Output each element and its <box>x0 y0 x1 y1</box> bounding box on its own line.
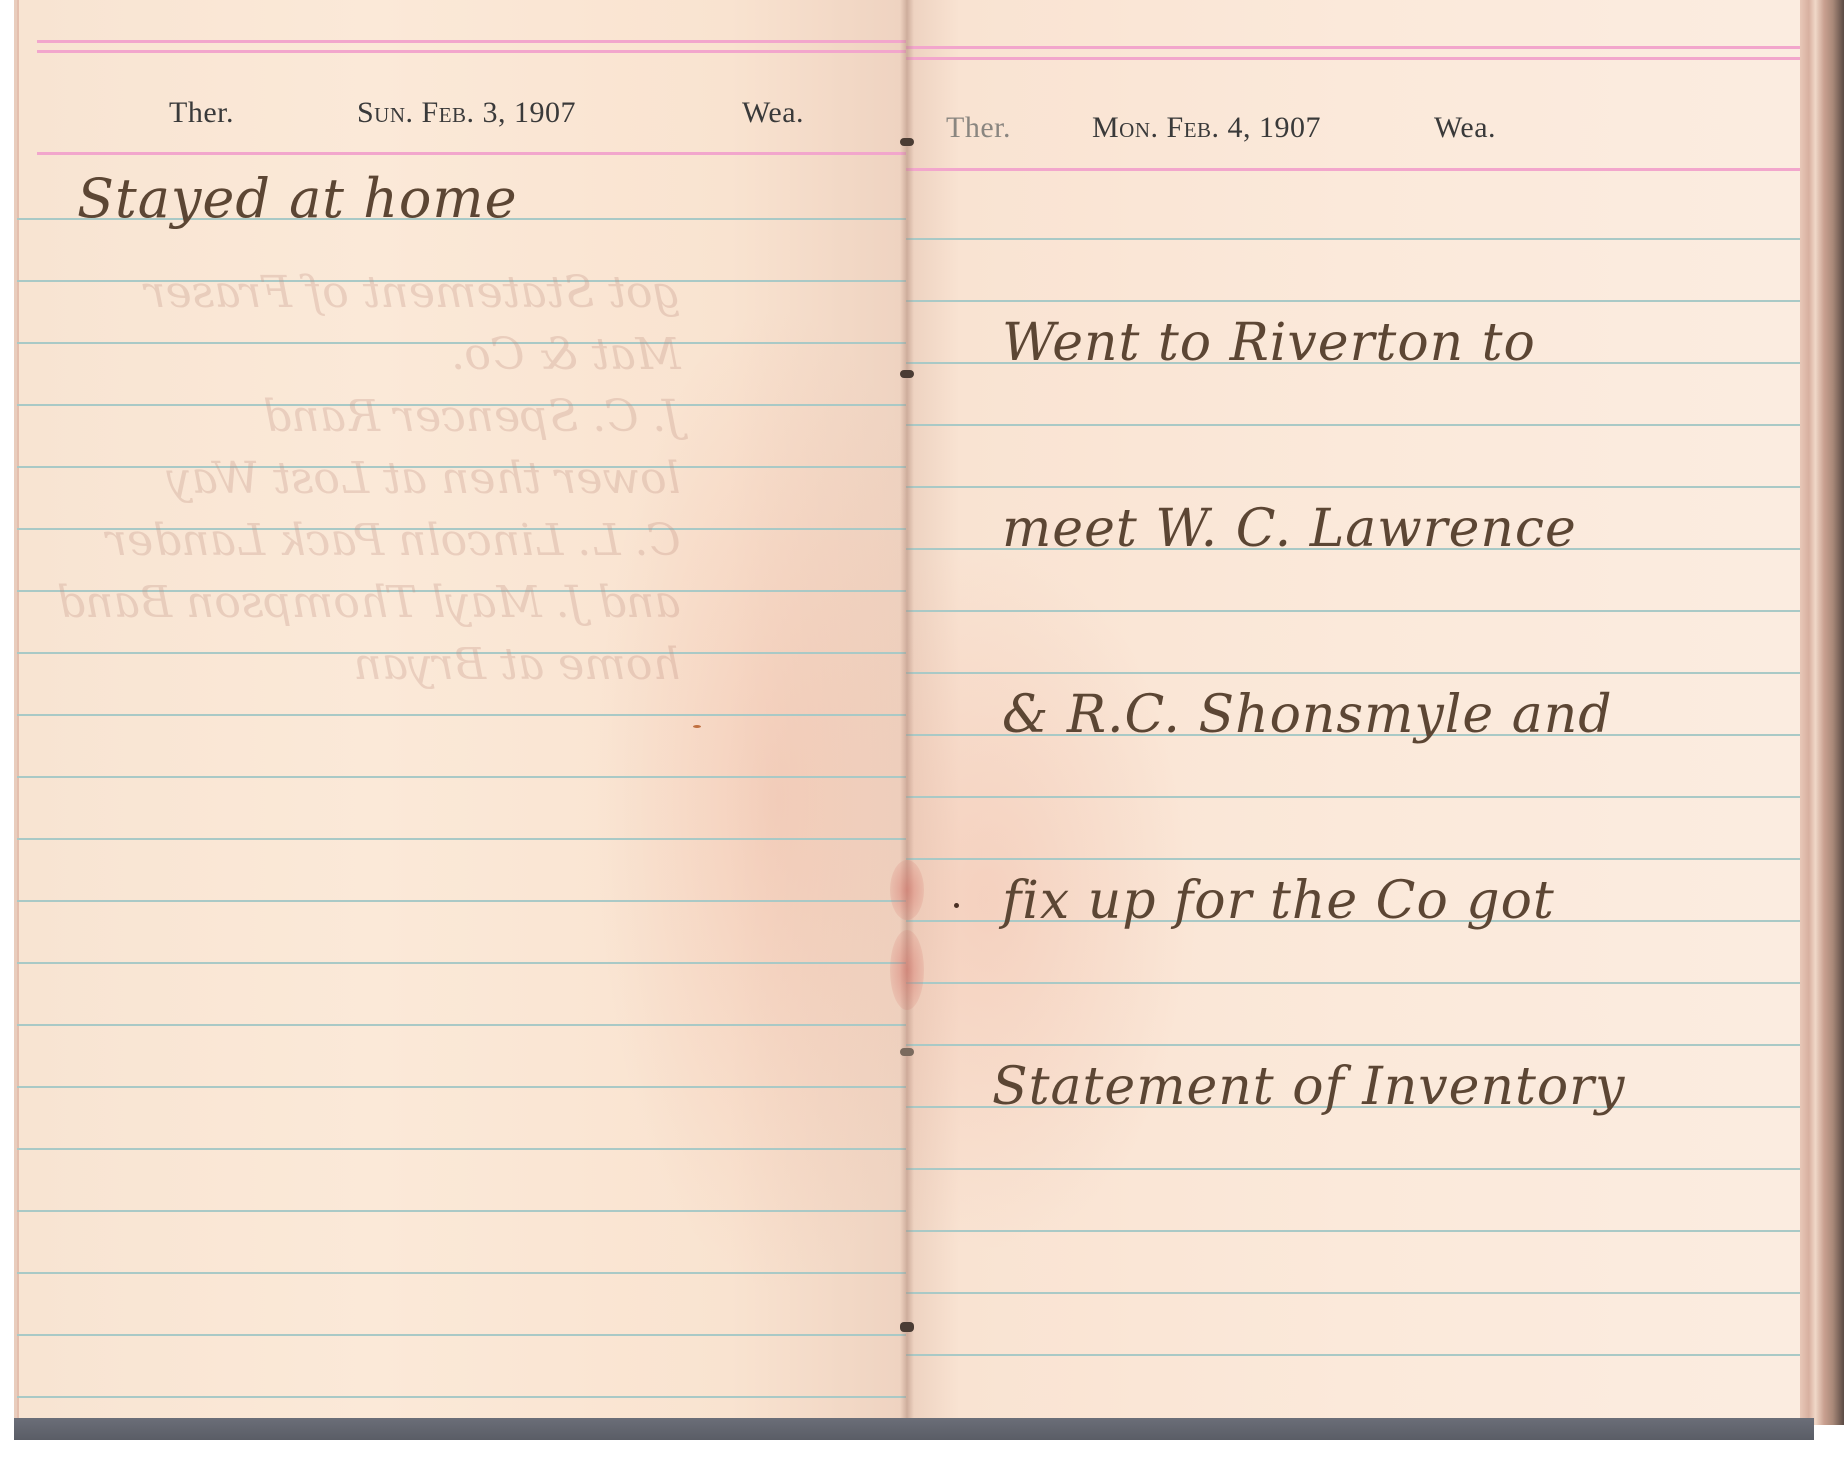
page-date: Sun. Feb. 3, 1907 <box>357 96 576 130</box>
binding-stitch <box>900 1322 914 1332</box>
ink-speck <box>954 903 959 908</box>
pink-header-rule-top-2 <box>37 50 909 53</box>
wea-label: Wea. <box>742 96 804 130</box>
ink-speck <box>693 725 701 728</box>
page-date: Mon. Feb. 4, 1907 <box>1092 111 1321 145</box>
entry-line: & R.C. Shonsmyle and <box>1002 684 1625 746</box>
ther-label: Ther. <box>946 111 1011 145</box>
book-cover-edge <box>14 1418 1814 1440</box>
diary-entry: Went to Riverton to meet W. C. Lawrence … <box>1002 188 1625 1242</box>
left-page-header: Ther. Sun. Feb. 3, 1907 Wea. <box>17 88 909 138</box>
right-page: Ther. Mon. Feb. 4, 1907 Wea. Went to Riv… <box>906 0 1800 1418</box>
pink-header-rule-top-1 <box>906 46 1800 49</box>
left-page: Ther. Sun. Feb. 3, 1907 Wea. got Stateme… <box>14 0 909 1418</box>
entry-line: fix up for the Co got <box>1002 870 1625 932</box>
page-edges <box>1800 0 1844 1425</box>
pink-header-rule-bottom <box>37 152 909 155</box>
entry-line: meet W. C. Lawrence <box>1002 498 1625 560</box>
right-page-header: Ther. Mon. Feb. 4, 1907 Wea. <box>906 103 1800 153</box>
spine-stain <box>890 860 924 920</box>
ther-label: Ther. <box>169 96 234 130</box>
binding-stitch <box>900 1048 914 1056</box>
pink-header-rule-bottom <box>906 168 1800 171</box>
wea-label: Wea. <box>1434 111 1496 145</box>
pink-header-rule-top-1 <box>37 40 909 43</box>
pink-header-rule-top-2 <box>906 57 1800 60</box>
book-spine <box>900 0 914 1418</box>
diary-entry: Stayed at home <box>77 168 518 230</box>
binding-stitch <box>900 370 914 378</box>
bleed-through-text: got Statement of Fraser Mat & Co. J. C. … <box>57 262 681 696</box>
spine-stain <box>890 930 924 1010</box>
entry-line: Statement of Inventory <box>992 1056 1625 1118</box>
entry-line: Went to Riverton to <box>1002 312 1625 374</box>
binding-stitch <box>900 138 914 146</box>
